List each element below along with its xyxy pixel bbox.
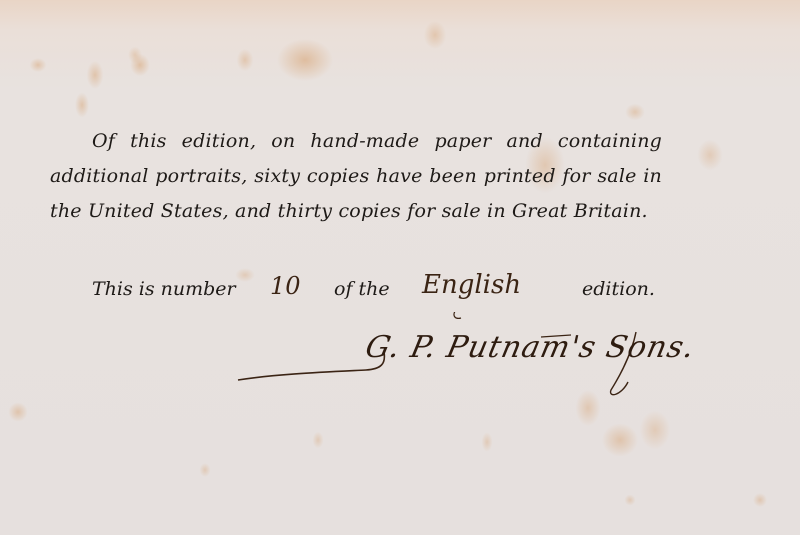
number-line-suffix: edition. <box>582 278 655 300</box>
limitation-paragraph: Of this edition, on hand-made paper and … <box>50 124 662 229</box>
publisher-signature: G. P. Putnam's Sons. <box>236 312 796 402</box>
signature-text: G. P. Putnam's Sons. <box>362 330 698 365</box>
number-line-middle: of the <box>334 278 390 300</box>
handwritten-edition-name: English <box>422 270 521 300</box>
handwritten-copy-number: 10 <box>270 272 301 300</box>
limitation-notice: Of this edition, on hand-made paper and … <box>50 124 662 229</box>
number-line-prefix: This is number <box>92 278 236 300</box>
paper-page: Of this edition, on hand-made paper and … <box>0 0 800 535</box>
